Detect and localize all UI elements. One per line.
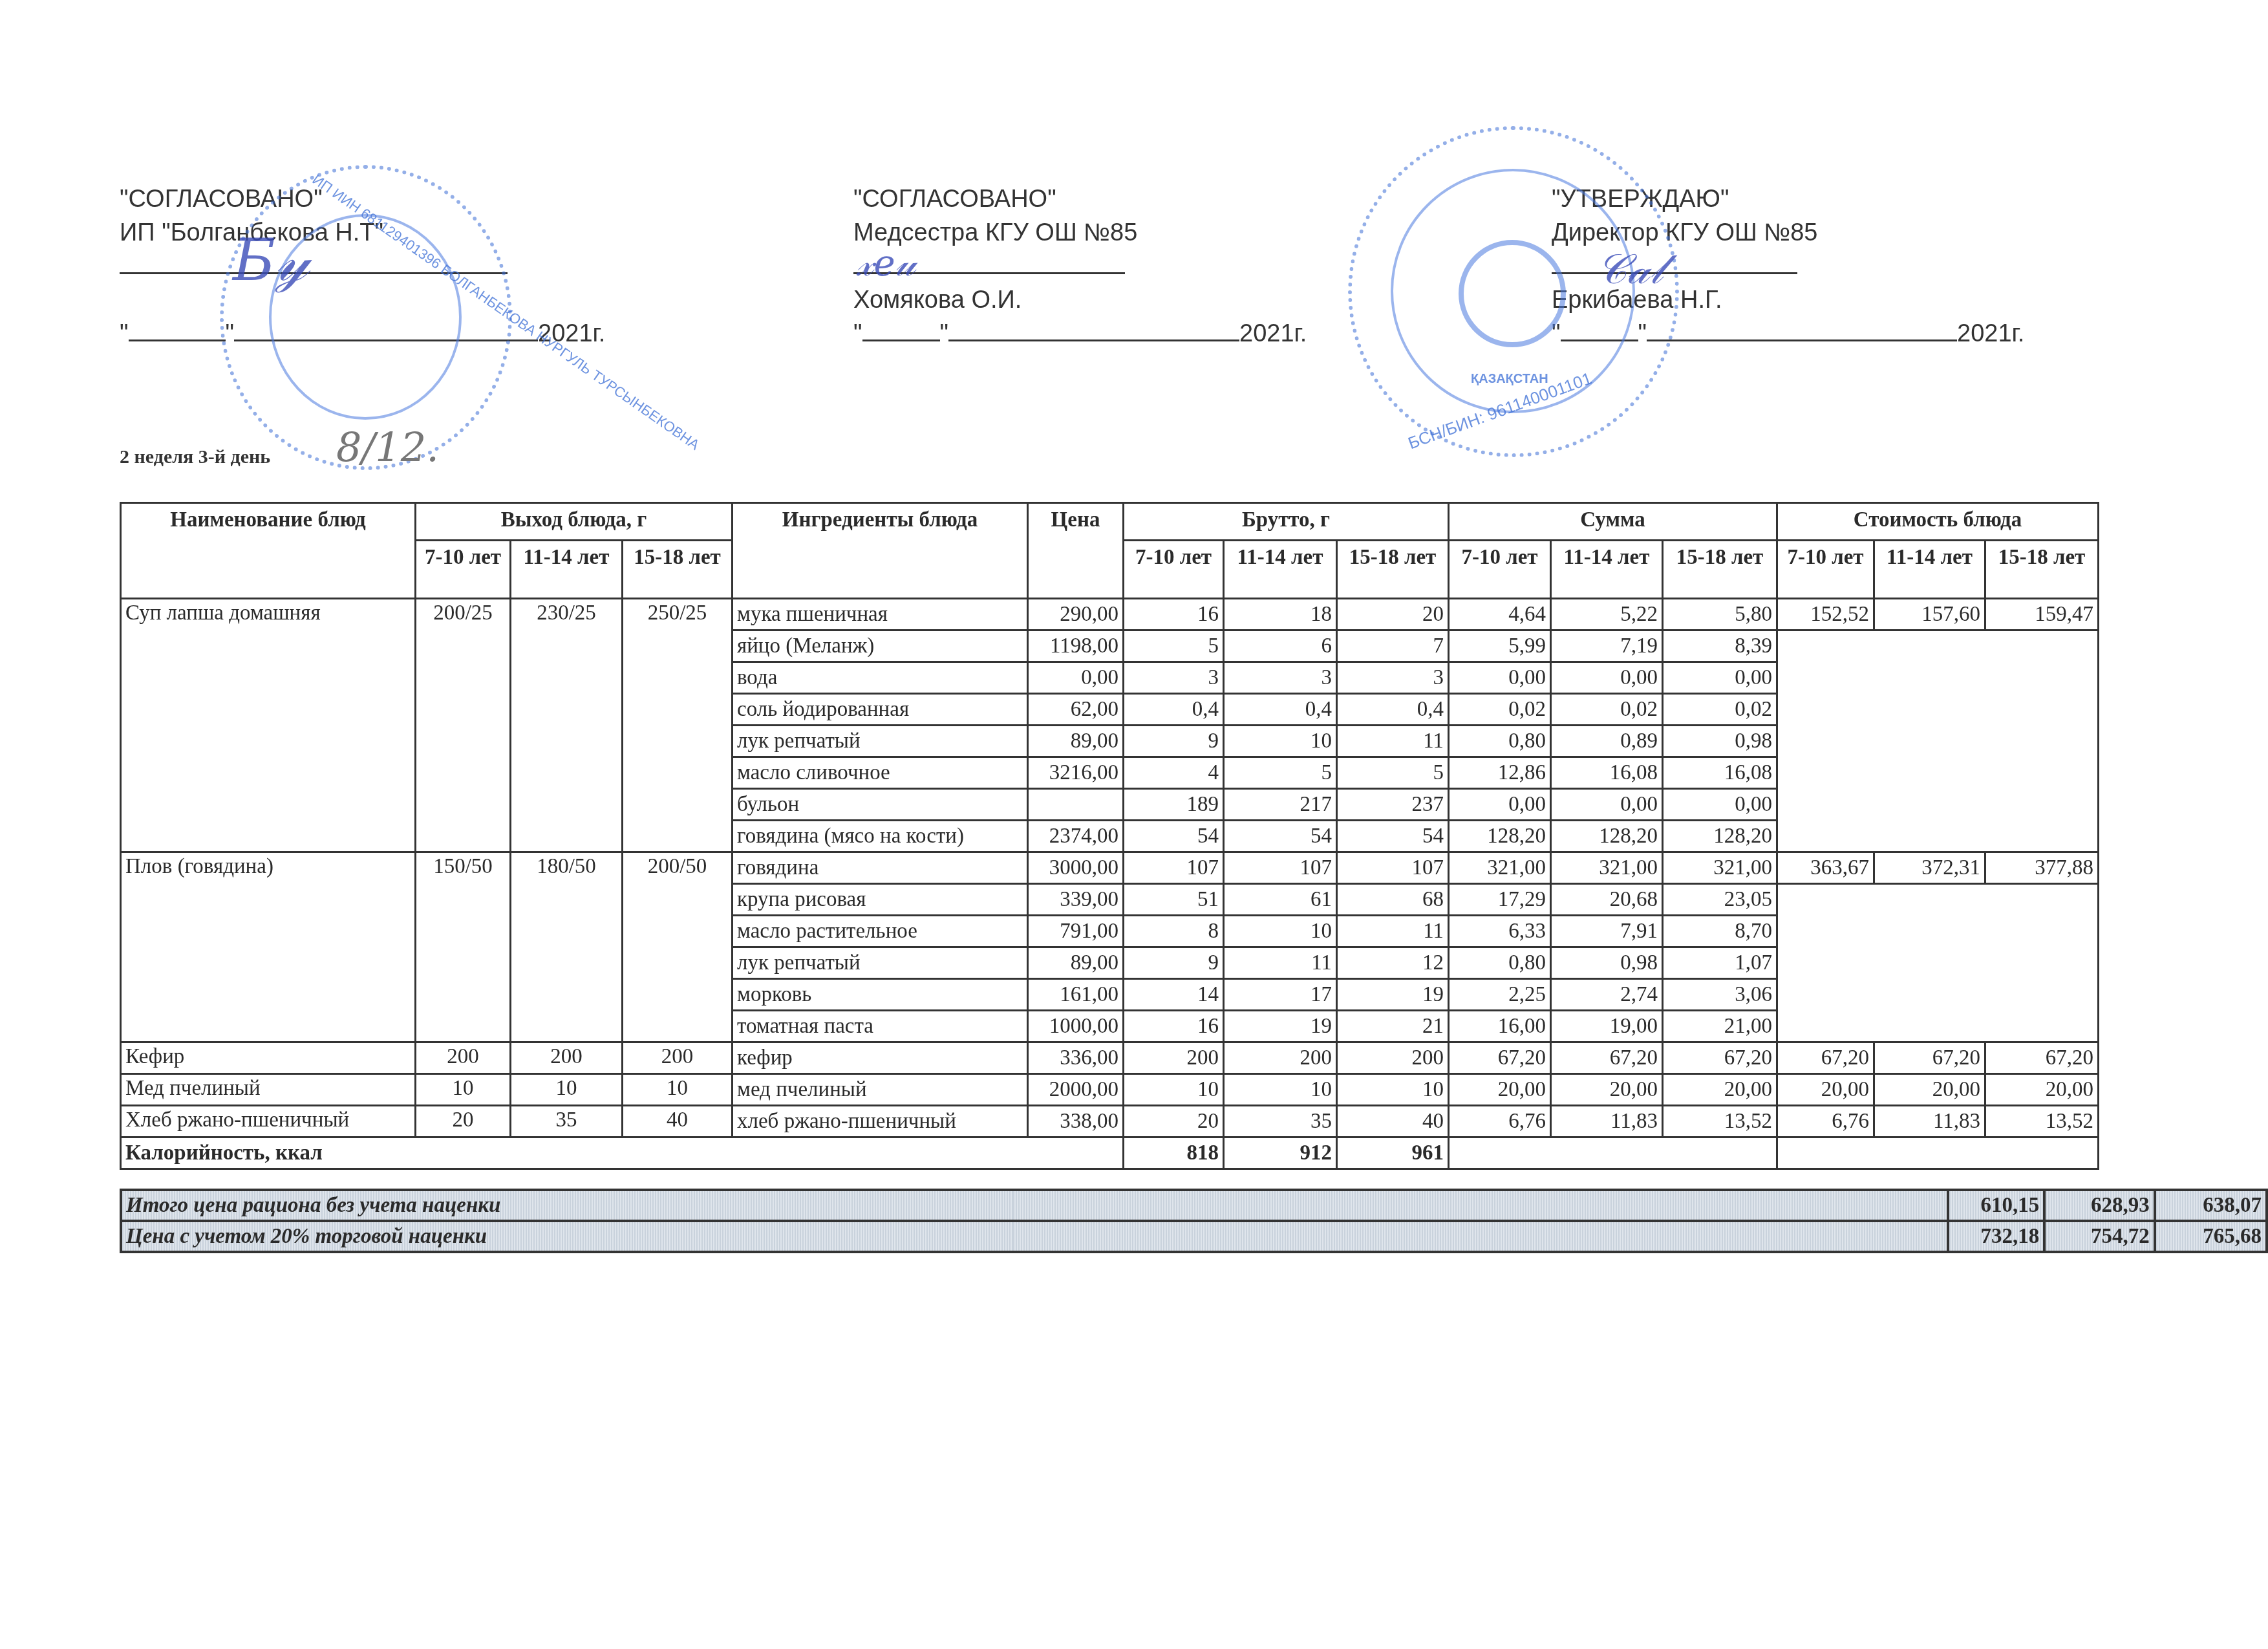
ingredient-sum: 128,20	[1551, 821, 1663, 852]
ingredient-sum: 16,08	[1663, 757, 1777, 789]
ingredient-price: 62,00	[1028, 694, 1124, 726]
header-ingredients: Ингредиенты блюда	[733, 503, 1028, 599]
ingredient-brutto: 11	[1337, 916, 1449, 947]
ingredient-brutto: 18	[1224, 599, 1337, 630]
header-age-sum-2: 15-18 лет	[1663, 541, 1777, 599]
totals-row: Итого цена рациона без учета наценки610,…	[121, 1190, 2267, 1221]
ingredient-price: 3000,00	[1028, 852, 1124, 884]
ingredient-sum: 19,00	[1551, 1011, 1663, 1042]
ingredient-brutto: 54	[1124, 821, 1224, 852]
ingredient-sum: 16,08	[1551, 757, 1663, 789]
ingredient-brutto: 237	[1337, 789, 1449, 821]
signature-supplier: Б𝓎	[233, 226, 309, 295]
ingredient-brutto: 10	[1124, 1074, 1224, 1106]
ingredient-brutto: 16	[1124, 1011, 1224, 1042]
ingredient-price: 791,00	[1028, 916, 1124, 947]
ingredient-brutto: 17	[1224, 979, 1337, 1011]
dish-cost: 20,00	[1874, 1074, 1985, 1106]
dish-cost: 11,83	[1874, 1106, 1985, 1137]
signature-director: 𝒞𝒶𝓁	[1597, 246, 1664, 294]
ingredient-price: 2374,00	[1028, 821, 1124, 852]
totals-value: 638,07	[2155, 1190, 2267, 1221]
ingredient-brutto: 200	[1124, 1042, 1224, 1074]
ingredient-brutto: 54	[1224, 821, 1337, 852]
ingredient-brutto: 0,4	[1224, 694, 1337, 726]
dish-cost: 157,60	[1874, 599, 1985, 630]
dish-cost: 6,76	[1777, 1106, 1874, 1137]
header-sum: Сумма	[1449, 503, 1777, 541]
ingredient-sum: 0,02	[1449, 694, 1551, 726]
ingredient-sum: 7,91	[1551, 916, 1663, 947]
ingredient-sum: 6,76	[1449, 1106, 1551, 1137]
dish-yield: 10	[511, 1074, 623, 1106]
ingredient-sum: 7,19	[1551, 630, 1663, 662]
ingredient-brutto: 200	[1224, 1042, 1337, 1074]
totals-value: 732,18	[1948, 1221, 2044, 1252]
ingredient-brutto: 3	[1224, 662, 1337, 694]
header-age-sum-0: 7-10 лет	[1449, 541, 1551, 599]
header-age-sum-1: 11-14 лет	[1551, 541, 1663, 599]
ingredient-sum: 3,06	[1663, 979, 1777, 1011]
ingredient-sum: 0,02	[1663, 694, 1777, 726]
approval-heading: "СОГЛАСОВАНО"	[853, 182, 1307, 216]
dish-yield: 35	[511, 1106, 623, 1137]
approval-date: ""2021г.	[853, 317, 1307, 350]
dish-cost: 67,20	[1777, 1042, 1874, 1074]
ingredient-sum: 0,00	[1449, 789, 1551, 821]
ingredient-brutto: 5	[1124, 630, 1224, 662]
ingredient-brutto: 4	[1124, 757, 1224, 789]
calories-row: Калорийность, ккал818912961	[121, 1137, 2099, 1169]
approval-position: Медсестра КГУ ОШ №85	[853, 216, 1307, 250]
ingredient-brutto: 200	[1337, 1042, 1449, 1074]
dish-yield: 200/50	[623, 852, 733, 1042]
ingredient-price: 339,00	[1028, 884, 1124, 916]
ingredient-sum: 321,00	[1449, 852, 1551, 884]
ingredient-sum: 11,83	[1551, 1106, 1663, 1137]
ingredient-sum: 67,20	[1663, 1042, 1777, 1074]
dish-cost: 13,52	[1985, 1106, 2099, 1137]
calories-value: 912	[1224, 1137, 1337, 1169]
ingredient-brutto: 11	[1337, 726, 1449, 757]
ingredient-sum: 0,00	[1551, 789, 1663, 821]
ingredient-sum: 321,00	[1551, 852, 1663, 884]
signature-line	[853, 250, 1307, 283]
ingredient-brutto: 11	[1224, 947, 1337, 979]
ingredient-price: 3216,00	[1028, 757, 1124, 789]
ingredient-brutto: 6	[1224, 630, 1337, 662]
calories-empty-sum	[1449, 1137, 1777, 1169]
stamp-school-emblem: ҚАЗАҚСТАН	[1471, 372, 1548, 387]
ingredient-brutto: 61	[1224, 884, 1337, 916]
calories-label: Калорийность, ккал	[121, 1137, 1124, 1169]
ingredient-name: томатная паста	[733, 1011, 1028, 1042]
table-row: Суп лапша домашняя200/25230/25250/25мука…	[121, 599, 2099, 630]
approval-year: 2021г.	[1957, 320, 2024, 347]
ingredient-brutto: 19	[1224, 1011, 1337, 1042]
ingredient-price: 1198,00	[1028, 630, 1124, 662]
header-age-brutto-1: 11-14 лет	[1224, 541, 1337, 599]
dish-cost: 372,31	[1874, 852, 1985, 884]
ingredient-sum: 6,33	[1449, 916, 1551, 947]
dish-name: Мед пчелиный	[121, 1074, 416, 1106]
header-age-cost-2: 15-18 лет	[1985, 541, 2099, 599]
ingredient-brutto: 14	[1124, 979, 1224, 1011]
totals-table: Итого цена рациона без учета наценки610,…	[120, 1189, 2268, 1253]
dish-cost: 20,00	[1777, 1074, 1874, 1106]
ingredient-brutto: 21	[1337, 1011, 1449, 1042]
ingredient-sum: 23,05	[1663, 884, 1777, 916]
totals-value: 610,15	[1948, 1190, 2044, 1221]
ingredient-name: говядина	[733, 852, 1028, 884]
dish-yield: 200	[416, 1042, 511, 1074]
ingredient-sum: 0,80	[1449, 726, 1551, 757]
ingredient-brutto: 16	[1124, 599, 1224, 630]
dish-cost: 20,00	[1985, 1074, 2099, 1106]
dish-yield: 180/50	[511, 852, 623, 1042]
ingredient-brutto: 19	[1337, 979, 1449, 1011]
ingredient-name: яйцо (Меланж)	[733, 630, 1028, 662]
header-dish-cost: Стоимость блюда	[1777, 503, 2099, 541]
calories-value: 961	[1337, 1137, 1449, 1169]
ingredient-name: морковь	[733, 979, 1028, 1011]
ingredient-sum: 8,70	[1663, 916, 1777, 947]
ingredient-sum: 13,52	[1663, 1106, 1777, 1137]
ingredient-price: 336,00	[1028, 1042, 1124, 1074]
totals-value: 628,93	[2044, 1190, 2154, 1221]
signature-nurse: 𝓍𝑒𝓊	[857, 242, 915, 285]
ingredient-sum: 20,00	[1449, 1074, 1551, 1106]
ingredient-brutto: 5	[1224, 757, 1337, 789]
approval-year: 2021г.	[1239, 320, 1307, 347]
ingredient-sum: 5,80	[1663, 599, 1777, 630]
table-row: Хлеб ржано-пшеничный203540хлеб ржано-пше…	[121, 1106, 2099, 1137]
ingredient-sum: 5,99	[1449, 630, 1551, 662]
ingredient-brutto: 12	[1337, 947, 1449, 979]
ingredient-brutto: 68	[1337, 884, 1449, 916]
dish-yield: 250/25	[623, 599, 733, 852]
ingredient-brutto: 3	[1337, 662, 1449, 694]
header-yield: Выход блюда, г	[416, 503, 733, 541]
dish-yield: 230/25	[511, 599, 623, 852]
ingredient-brutto: 51	[1124, 884, 1224, 916]
totals-value: 765,68	[2155, 1221, 2267, 1252]
calories-value: 818	[1124, 1137, 1224, 1169]
dish-name: Плов (говядина)	[121, 852, 416, 1042]
dish-cost: 152,52	[1777, 599, 1874, 630]
ingredient-name: масло растительное	[733, 916, 1028, 947]
ingredient-sum: 17,29	[1449, 884, 1551, 916]
table-row: Плов (говядина)150/50180/50200/50говядин…	[121, 852, 2099, 884]
ingredient-sum: 5,22	[1551, 599, 1663, 630]
ingredient-sum: 12,86	[1449, 757, 1551, 789]
dish-yield: 10	[416, 1074, 511, 1106]
dish-cost: 67,20	[1874, 1042, 1985, 1074]
ingredient-brutto: 20	[1124, 1106, 1224, 1137]
ingredient-name: лук репчатый	[733, 726, 1028, 757]
table-row: Мед пчелиный101010мед пчелиный2000,00101…	[121, 1074, 2099, 1106]
ingredient-sum: 0,80	[1449, 947, 1551, 979]
dish-cost: 363,67	[1777, 852, 1874, 884]
header-age-yield-2: 15-18 лет	[623, 541, 733, 599]
ingredient-brutto: 35	[1224, 1106, 1337, 1137]
ingredient-name: бульон	[733, 789, 1028, 821]
ingredient-brutto: 10	[1224, 1074, 1337, 1106]
ingredient-brutto: 10	[1337, 1074, 1449, 1106]
ingredient-price: 338,00	[1028, 1106, 1124, 1137]
header-age-yield-1: 11-14 лет	[511, 541, 623, 599]
ingredient-sum: 67,20	[1449, 1042, 1551, 1074]
ingredient-sum: 321,00	[1663, 852, 1777, 884]
ingredient-name: кефир	[733, 1042, 1028, 1074]
dish-yield: 200	[623, 1042, 733, 1074]
ingredient-name: соль йодированная	[733, 694, 1028, 726]
totals-spacer	[1013, 1190, 1948, 1221]
ingredient-price	[1028, 789, 1124, 821]
ingredient-brutto: 107	[1224, 852, 1337, 884]
ingredient-brutto: 54	[1337, 821, 1449, 852]
dish-yield: 150/50	[416, 852, 511, 1042]
header-price: Цена	[1028, 503, 1124, 599]
ingredient-name: лук репчатый	[733, 947, 1028, 979]
ingredient-brutto: 7	[1337, 630, 1449, 662]
menu-day-title: 2 неделя 3-й день	[120, 446, 270, 468]
ingredient-sum: 0,98	[1551, 947, 1663, 979]
dish-cost: 159,47	[1985, 599, 2099, 630]
ingredient-brutto: 0,4	[1124, 694, 1224, 726]
ingredient-sum: 128,20	[1449, 821, 1551, 852]
menu-table: Наименование блюд Выход блюда, г Ингреди…	[120, 502, 2099, 1170]
ingredient-sum: 0,00	[1551, 662, 1663, 694]
ingredient-sum: 20,00	[1551, 1074, 1663, 1106]
ingredient-brutto: 10	[1224, 726, 1337, 757]
dish-yield: 10	[623, 1074, 733, 1106]
ingredient-brutto: 9	[1124, 947, 1224, 979]
ingredient-brutto: 8	[1124, 916, 1224, 947]
ingredient-brutto: 107	[1124, 852, 1224, 884]
header-dish-name: Наименование блюд	[121, 503, 416, 599]
ingredient-name: хлеб ржано-пшеничный	[733, 1106, 1028, 1137]
dish-yield: 20	[416, 1106, 511, 1137]
ingredient-sum: 0,98	[1663, 726, 1777, 757]
totals-label: Цена с учетом 20% торговой наценки	[121, 1221, 1013, 1252]
ingredient-brutto: 10	[1224, 916, 1337, 947]
ingredient-name: вода	[733, 662, 1028, 694]
ingredient-sum: 0,00	[1663, 789, 1777, 821]
ingredient-sum: 1,07	[1663, 947, 1777, 979]
ingredient-brutto: 40	[1337, 1106, 1449, 1137]
header-brutto: Брутто, г	[1124, 503, 1449, 541]
ingredient-brutto: 217	[1224, 789, 1337, 821]
ingredient-name: мед пчелиный	[733, 1074, 1028, 1106]
ingredient-brutto: 3	[1124, 662, 1224, 694]
ingredient-sum: 2,74	[1551, 979, 1663, 1011]
ingredient-brutto: 9	[1124, 726, 1224, 757]
dish-yield: 40	[623, 1106, 733, 1137]
ingredient-sum: 4,64	[1449, 599, 1551, 630]
ingredient-price: 290,00	[1028, 599, 1124, 630]
ingredient-name: говядина (мясо на кости)	[733, 821, 1028, 852]
ingredient-name: крупа рисовая	[733, 884, 1028, 916]
ingredient-sum: 0,00	[1449, 662, 1551, 694]
ingredient-sum: 0,02	[1551, 694, 1663, 726]
ingredient-sum: 0,00	[1663, 662, 1777, 694]
dish-yield: 200/25	[416, 599, 511, 852]
ingredient-name: масло сливочное	[733, 757, 1028, 789]
ingredient-sum: 128,20	[1663, 821, 1777, 852]
approval-block-nurse: "СОГЛАСОВАНО" Медсестра КГУ ОШ №85 Хомяк…	[853, 182, 1307, 350]
header-age-brutto-0: 7-10 лет	[1124, 541, 1224, 599]
ingredient-sum: 20,00	[1663, 1074, 1777, 1106]
ingredient-sum: 16,00	[1449, 1011, 1551, 1042]
ingredient-price: 89,00	[1028, 947, 1124, 979]
ingredient-brutto: 20	[1337, 599, 1449, 630]
ingredient-sum: 20,68	[1551, 884, 1663, 916]
ingredient-sum: 8,39	[1663, 630, 1777, 662]
ingredient-price: 161,00	[1028, 979, 1124, 1011]
dish-name: Хлеб ржано-пшеничный	[121, 1106, 416, 1137]
totals-value: 754,72	[2044, 1221, 2154, 1252]
dish-cost: 377,88	[1985, 852, 2099, 884]
ingredient-sum: 0,89	[1551, 726, 1663, 757]
dish-cost: 67,20	[1985, 1042, 2099, 1074]
ingredient-brutto: 189	[1124, 789, 1224, 821]
totals-spacer	[1013, 1221, 1948, 1252]
header-age-brutto-2: 15-18 лет	[1337, 541, 1449, 599]
ingredient-price: 2000,00	[1028, 1074, 1124, 1106]
dish-cost-empty	[1777, 630, 2099, 852]
calories-empty-cost	[1777, 1137, 2099, 1169]
approval-name: Хомякова О.И.	[853, 283, 1307, 317]
ingredient-sum: 2,25	[1449, 979, 1551, 1011]
header-age-yield-0: 7-10 лет	[416, 541, 511, 599]
ingredient-price: 1000,00	[1028, 1011, 1124, 1042]
ingredient-brutto: 0,4	[1337, 694, 1449, 726]
ingredient-price: 89,00	[1028, 726, 1124, 757]
dish-name: Кефир	[121, 1042, 416, 1074]
dish-cost-empty	[1777, 884, 2099, 1042]
dish-name: Суп лапша домашняя	[121, 599, 416, 852]
dish-yield: 200	[511, 1042, 623, 1074]
table-row: Кефир200200200кефир336,0020020020067,206…	[121, 1042, 2099, 1074]
ingredient-name: мука пшеничная	[733, 599, 1028, 630]
totals-label: Итого цена рациона без учета наценки	[121, 1190, 1013, 1221]
totals-row: Цена с учетом 20% торговой наценки732,18…	[121, 1221, 2267, 1252]
ingredient-price: 0,00	[1028, 662, 1124, 694]
ingredient-sum: 67,20	[1551, 1042, 1663, 1074]
ingredient-sum: 21,00	[1663, 1011, 1777, 1042]
ingredient-brutto: 107	[1337, 852, 1449, 884]
header-age-cost-0: 7-10 лет	[1777, 541, 1874, 599]
ingredient-brutto: 5	[1337, 757, 1449, 789]
header-age-cost-1: 11-14 лет	[1874, 541, 1985, 599]
handwritten-date: 8/12.	[336, 424, 439, 471]
